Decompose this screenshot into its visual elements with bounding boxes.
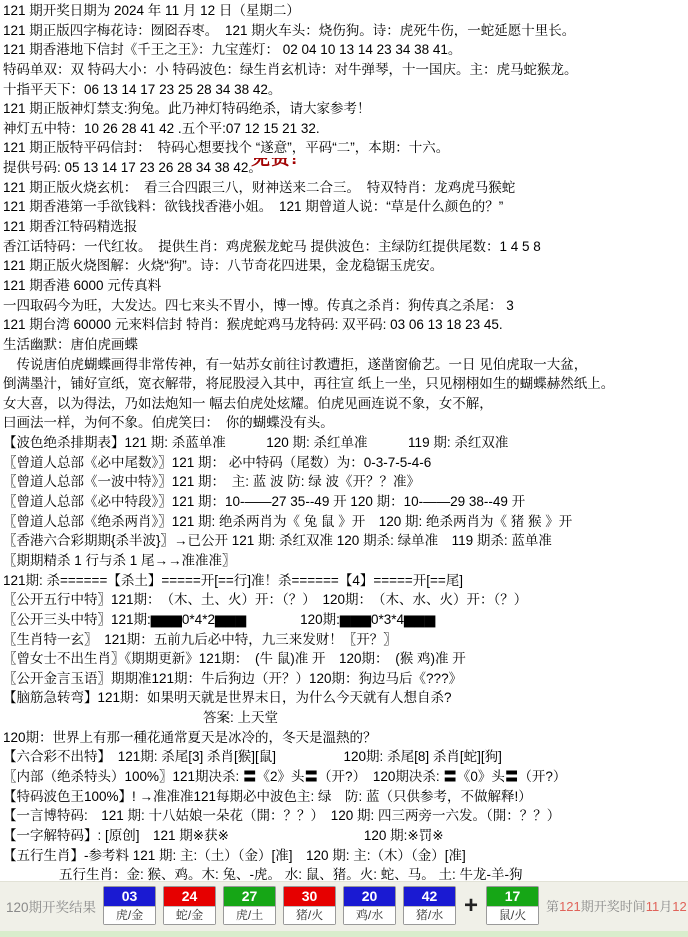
ball-zodiac-element: 蛇/金: [164, 906, 215, 924]
text-line: 【一字解特码】: [原创] 121 期※获※ 120 期:※罚※: [3, 826, 688, 846]
next-draw-segment: 121: [559, 899, 581, 914]
ball-zodiac-element: 虎/土: [224, 906, 275, 924]
text-line: 传说唐伯虎蝴蝶画得非常传神，有一姑苏女前往讨教遭拒，遂凿窗偷艺。一日 见伯虎取一…: [3, 355, 688, 375]
result-balls: 03虎/金24蛇/金27虎/土30猪/火20鸡/水42猪/水: [103, 886, 456, 925]
text-line: 〖生肖特一玄〗 121期：五前九后必中特，九三来发财！〖开？〗: [3, 630, 688, 650]
next-draw-segment: 月: [659, 899, 672, 914]
special-ball-slot: 17鼠/火: [486, 886, 539, 925]
text-line: 五行生肖：金: 猴、鸡。木: 兔、-虎。 水: 鼠、猪。火: 蛇、马。 土: 牛…: [3, 865, 688, 881]
text-line: 〖公开金言玉语〗期期准121期：牛后狗边（开？）120期：狗边马后《???》: [3, 669, 688, 689]
text-line: 121 期正版火烧图解：火烧“狗”。诗：八节奇花四进果，金龙稳锯玉虎安。: [3, 256, 688, 276]
next-draw-info: 第121期开奖时间11月12日 星期二21:30: [546, 896, 687, 915]
text-line: 一四取码今为旺，大发达。四七来头不胃小，博一博。传真之杀肖：狗传真之杀尾： 3: [3, 296, 688, 316]
result-ball: 30猪/火: [283, 886, 336, 925]
result-ball: 17鼠/火: [486, 886, 539, 925]
ball-zodiac-element: 猪/水: [404, 906, 455, 924]
text-line: 121 期台湾 60000 元来料信封 特肖：猴虎蛇鸡马龙特码: 双平码: 03…: [3, 315, 688, 335]
text-line: 121期: 杀======【杀土】=====开[==行]准！杀======【4】…: [3, 571, 688, 591]
text-line: 〖曾道人总部《必中尾数》〗121 期： 必中特码（尾数）为：0-3-7-5-4-…: [3, 453, 688, 473]
text-line: 倒满墨汁，铺好宣纸，宽衣解带，将屁股浸入其中，再往宣 纸上一坐，只见栩栩如生的蝴…: [3, 374, 688, 394]
text-line: 121 期正版四字梅花诗：囫囵吞枣。 121 期火车头：烧伤狗。诗：虎死牛伤，一…: [3, 21, 688, 41]
ball-zodiac-element: 虎/金: [104, 906, 155, 924]
text-line: 生活幽默：唐伯虎画蝶: [3, 335, 688, 355]
text-line: 121 期正版特平码信封： 特码心想要找个 “遂意”，平码“二”，本期：十六。: [3, 138, 688, 158]
report-lines: 121 期开奖日期为 2024 年 11 月 12 日（星期二）121 期正版四…: [0, 0, 688, 881]
ball-zodiac-element: 鸡/水: [344, 906, 395, 924]
text-line: 〖公开三头中特〗121期:▆▆▆0*4*2▆▆▆ 120期:▆▆▆0*3*4▆▆…: [3, 610, 688, 630]
text-line: 〖曾女士不出生肖〗《期期更新》121期： (牛 鼠)准 开 120期： (猴 鸡…: [3, 649, 688, 669]
text-line: 【脑筋急转弯】121期：如果明天就是世界末日，为什么今天就有人想自杀?: [3, 688, 688, 708]
next-draw-segment: 期开奖时间: [581, 899, 646, 914]
text-line: 【五行生肖】-参考料 121 期: 主:（土）（金）[准] 120 期: 主:（…: [3, 846, 688, 866]
next-draw-segment: 11: [646, 899, 660, 914]
next-draw-segment: 第: [546, 899, 559, 914]
text-line: 121 期开奖日期为 2024 年 11 月 12 日（星期二）: [3, 1, 688, 21]
free-label: 免费!: [251, 158, 298, 169]
ball-zodiac-element: 猪/火: [284, 906, 335, 924]
text-line: 特码单双：双 特码大小：小 特码波色：绿生肖玄机诗：对牛弹琴，十一国庆。主：虎马…: [3, 60, 688, 80]
text-line: 【波色绝杀排期表】121 期: 杀蓝单准 120 期: 杀红单准 119 期: …: [3, 433, 688, 453]
result-ball: 42猪/水: [403, 886, 456, 925]
result-ball: 03虎/金: [103, 886, 156, 925]
ball-number: 20: [344, 887, 395, 906]
text-line: 121 期正版神灯禁支:狗兔。此乃神灯特码绝杀，请大家参考！: [3, 99, 688, 119]
text-line: 【一言博特码: 121 期: 十八姑娘一朵花（開：？？） 120 期: 四三两旁…: [3, 806, 688, 826]
text-line: 女大喜，以为得法，乃如法炮知一 幅去伯虎处炫耀。伯虎见画连说不象，女不解，: [3, 394, 688, 414]
result-ball: 20鸡/水: [343, 886, 396, 925]
ball-number: 30: [284, 887, 335, 906]
text-line: 121 期香港第一手欲钱料：欲钱找香港小姐。 121 期曾道人说：“草是什么颜色…: [3, 197, 688, 217]
plus-sign: +: [464, 892, 478, 920]
text-line: 〖曾道人总部《绝杀两肖》〗121 期: 绝杀两肖为《 兔 鼠 》开 120 期:…: [3, 512, 688, 532]
ball-number: 27: [224, 887, 275, 906]
text-line: 【特码波色王100%】! →准准准121每期必中波色主: 绿 防: 蓝（只供参考…: [3, 787, 688, 807]
ball-number: 17: [487, 887, 538, 906]
results-bar: 120期开奖结果 03虎/金24蛇/金27虎/土30猪/火20鸡/水42猪/水 …: [0, 881, 688, 931]
text-line: 神灯五中特：10 26 28 41 42 .五个平:07 12 15 21 32…: [3, 119, 688, 139]
ball-number: 42: [404, 887, 455, 906]
text-line: 121 期香江特码精选报: [3, 217, 688, 237]
text-line: 〖曾道人总部《必中特段》〗121 期：10-——27 35--49 开 120 …: [3, 492, 688, 512]
results-title: 120期开奖结果: [6, 896, 96, 916]
text-line: 〖期期精杀 1 行与杀 1 尾→→准准准〗: [3, 551, 688, 571]
text-line: 120期：世界上有那一種花通常夏天是冰冷的，冬天是溫熱的？: [3, 728, 688, 748]
next-draw-segment: 12: [672, 899, 686, 914]
text-line: 十指平天下：06 13 14 17 23 25 28 34 38 42。: [3, 80, 688, 100]
text-line: 〖香港六合彩期期{杀半波}〗→已公开 121 期: 杀红双准 120 期杀: 绿…: [3, 531, 688, 551]
text-line: 121 期香港 6000 元传真料: [3, 276, 688, 296]
ball-number: 03: [104, 887, 155, 906]
text-line: 【六合彩不出特】 121期: 杀尾[3] 杀肖[猴][鼠] 120期: 杀尾[8…: [3, 747, 688, 767]
text-line: 〖公开五行中特〗121期： （木、土、火）开：（？） 120期： （木、水、火）…: [3, 590, 688, 610]
text-line: 121 期正版火烧玄机： 看三合四跟三八，财神送来二合三。 特双特肖：龙鸡虎马猴…: [3, 178, 688, 198]
ball-zodiac-element: 鼠/火: [487, 906, 538, 924]
text-line: 提供号码: 05 13 14 17 23 26 28 34 38 42。免费!: [3, 158, 688, 178]
text-line: 121 期香港地下信封《千王之王》：九宝莲灯： 02 04 10 13 14 2…: [3, 40, 688, 60]
text-line: 〖内部（绝杀特头）100%〗121期决杀: 〓《2》头〓（开?） 120期决杀:…: [3, 767, 688, 787]
text-line: 答案: 上天堂: [3, 708, 688, 728]
text-line: 〖曾道人总部《一波中特》〗121 期： 主: 蓝 波 防: 绿 波《开？？准》: [3, 472, 688, 492]
result-ball: 27虎/土: [223, 886, 276, 925]
text-line: 香江话特码：一代红妆。 提供生肖：鸡虎猴龙蛇马 提供波色：主绿防红提供尾数：1 …: [3, 237, 688, 257]
ball-number: 24: [164, 887, 215, 906]
bottom-strip: [0, 931, 688, 937]
text-line: 曰画法一样，为何不象。伯虎笑曰： 你的蝴蝶没有头。: [3, 413, 688, 433]
result-ball: 24蛇/金: [163, 886, 216, 925]
